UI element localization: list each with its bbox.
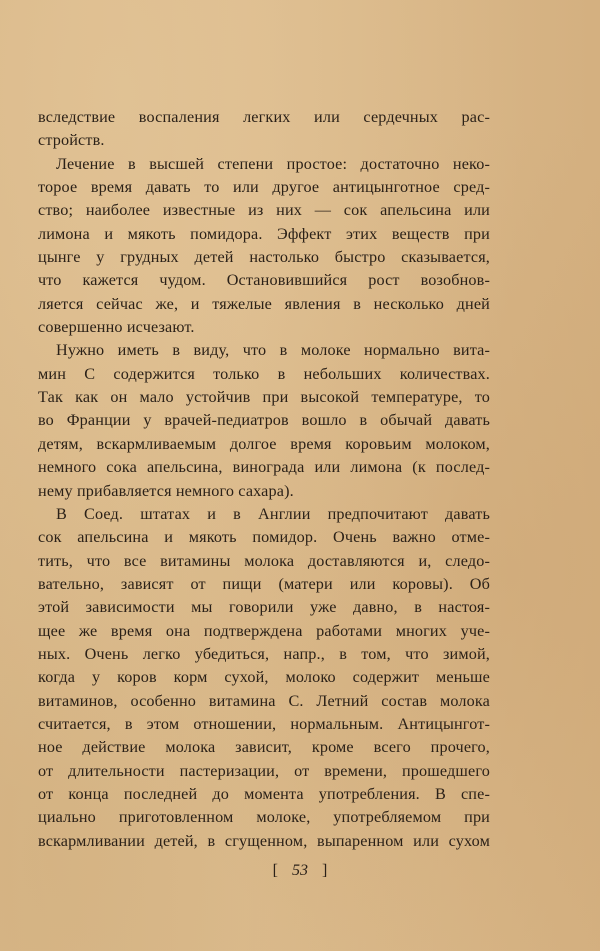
text-line: щее же время она подтверждена работами м… bbox=[38, 620, 490, 643]
paragraph-start-line: Нужно иметь в виду, что в молоке нормаль… bbox=[38, 339, 490, 362]
page-number: 53 bbox=[292, 862, 308, 879]
text-line: мин С содержится только в небольших коли… bbox=[38, 363, 490, 386]
text-line: считается, в этом отношении, нормальным.… bbox=[38, 713, 490, 736]
text-line: ляется сейчас же, и тяжелые явления в не… bbox=[38, 293, 490, 316]
text-line: витаминов, особенно витамина С. Летний с… bbox=[38, 690, 490, 713]
bracket-open: [ bbox=[273, 862, 278, 879]
text-line: цынге у грудных детей настолько быстро с… bbox=[38, 246, 490, 269]
text-line: лимона и мякоть помидора. Эффект этих ве… bbox=[38, 223, 490, 246]
book-page: вследствие воспаления легких или сердечн… bbox=[0, 0, 600, 951]
text-line: ное действие молока зависит, кроме всего… bbox=[38, 736, 490, 759]
text-line: немного сока апельсина, винограда или ли… bbox=[38, 456, 490, 479]
text-line: от конца последней до момента употреблен… bbox=[38, 783, 490, 806]
page-number-footer: [53] bbox=[0, 862, 600, 880]
text-line: вскармливании детей, в сгущенном, выпаре… bbox=[38, 830, 490, 853]
text-line: этой зависимости мы говорили уже давно, … bbox=[38, 596, 490, 619]
text-line: во Франции у врачей-педиатров вошло в об… bbox=[38, 409, 490, 432]
text-line: циально приготовленном молоке, употребля… bbox=[38, 806, 490, 829]
text-line: нему прибавляется немного сахара). bbox=[38, 480, 490, 503]
text-line: ных. Очень легко убедиться, напр., в том… bbox=[38, 643, 490, 666]
paragraph-start-line: Лечение в высшей степени простое: достат… bbox=[38, 153, 490, 176]
text-line: ство; наиболее известные из них — сок ап… bbox=[38, 199, 490, 222]
paragraph-start-line: В Соед. штатах и в Англии предпочитают д… bbox=[38, 503, 490, 526]
text-line: тить, что все витамины молока доставляют… bbox=[38, 550, 490, 573]
text-line: от длительности пастеризации, от времени… bbox=[38, 760, 490, 783]
text-line: совершенно исчезают. bbox=[38, 316, 490, 339]
text-line: вательно, зависят от пищи (матери или ко… bbox=[38, 573, 490, 596]
text-line: торое время давать то или другое антицын… bbox=[38, 176, 490, 199]
bracket-close: ] bbox=[322, 862, 327, 879]
text-line: что кажется чудом. Остановившийся рост в… bbox=[38, 269, 490, 292]
text-line: стройств. bbox=[38, 129, 490, 152]
text-line: вследствие воспаления легких или сердечн… bbox=[38, 106, 490, 129]
text-line: сок апельсина и мякоть помидор. Очень ва… bbox=[38, 526, 490, 549]
text-line: когда у коров корм сухой, молоко содержи… bbox=[38, 666, 490, 689]
body-text: вследствие воспаления легких или сердечн… bbox=[38, 106, 490, 853]
text-line: детям, вскармливаемым долгое время коров… bbox=[38, 433, 490, 456]
text-line: Так как он мало устойчив при высокой тем… bbox=[38, 386, 490, 409]
